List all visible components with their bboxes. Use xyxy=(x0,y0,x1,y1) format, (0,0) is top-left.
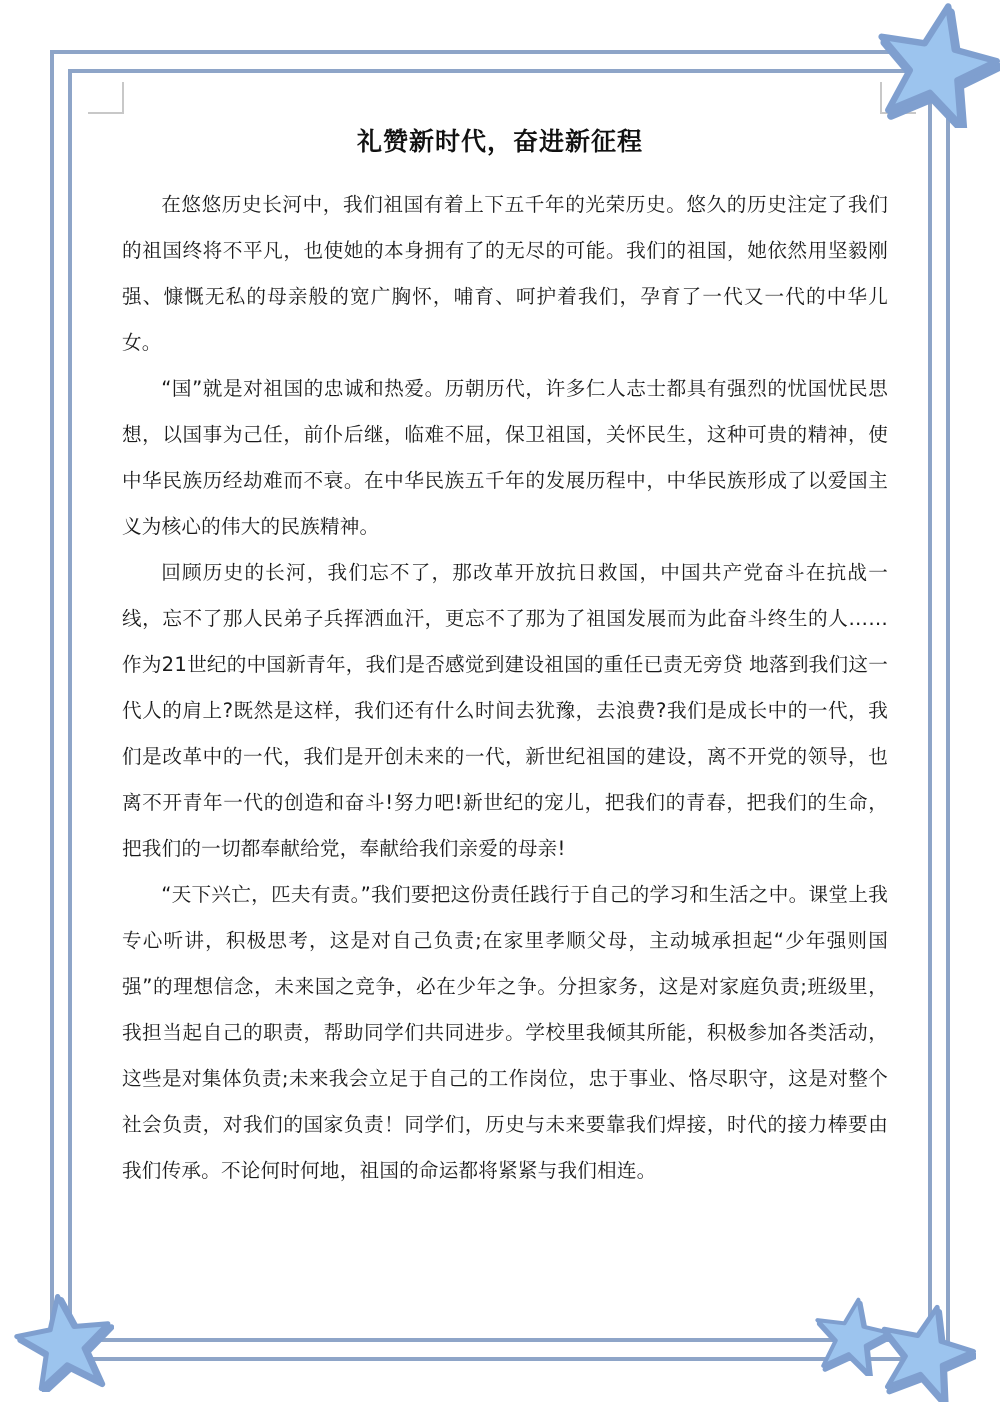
border-outer-top xyxy=(50,50,950,54)
border-outer-left xyxy=(50,50,54,1361)
star-icon-bottom-left xyxy=(14,1292,114,1392)
border-inner-left xyxy=(68,69,72,1342)
paragraph: 在悠悠历史长河中，我们祖国有着上下五千年的光荣历史。悠久的历史注定了我们的祖国终… xyxy=(122,182,888,366)
star-icon-top-right xyxy=(872,0,1000,128)
paragraph: “国”就是对祖国的忠诚和热爱。历朝历代，许多仁人志士都具有强烈的忧国忧民思想，以… xyxy=(122,366,888,550)
border-inner-top xyxy=(68,69,932,73)
border-inner-bottom xyxy=(68,1338,932,1342)
border-outer-right xyxy=(946,50,950,1361)
document-title: 礼赞新时代，奋进新征程 xyxy=(0,122,1000,158)
star-icon-bottom-right-large xyxy=(876,1302,976,1402)
paragraph: 回顾历史的长河，我们忘不了，那改革开放抗日救国，中国共产党奋斗在抗战一线，忘不了… xyxy=(122,550,888,872)
paragraph: “天下兴亡，匹夫有责。”我们要把这份责任践行于自己的学习和生活之中。课堂上我专心… xyxy=(122,872,888,1194)
document-body: 在悠悠历史长河中，我们祖国有着上下五千年的光荣历史。悠久的历史注定了我们的祖国终… xyxy=(122,182,888,1194)
border-inner-right xyxy=(928,69,932,1342)
margin-mark-top-left xyxy=(88,82,124,114)
